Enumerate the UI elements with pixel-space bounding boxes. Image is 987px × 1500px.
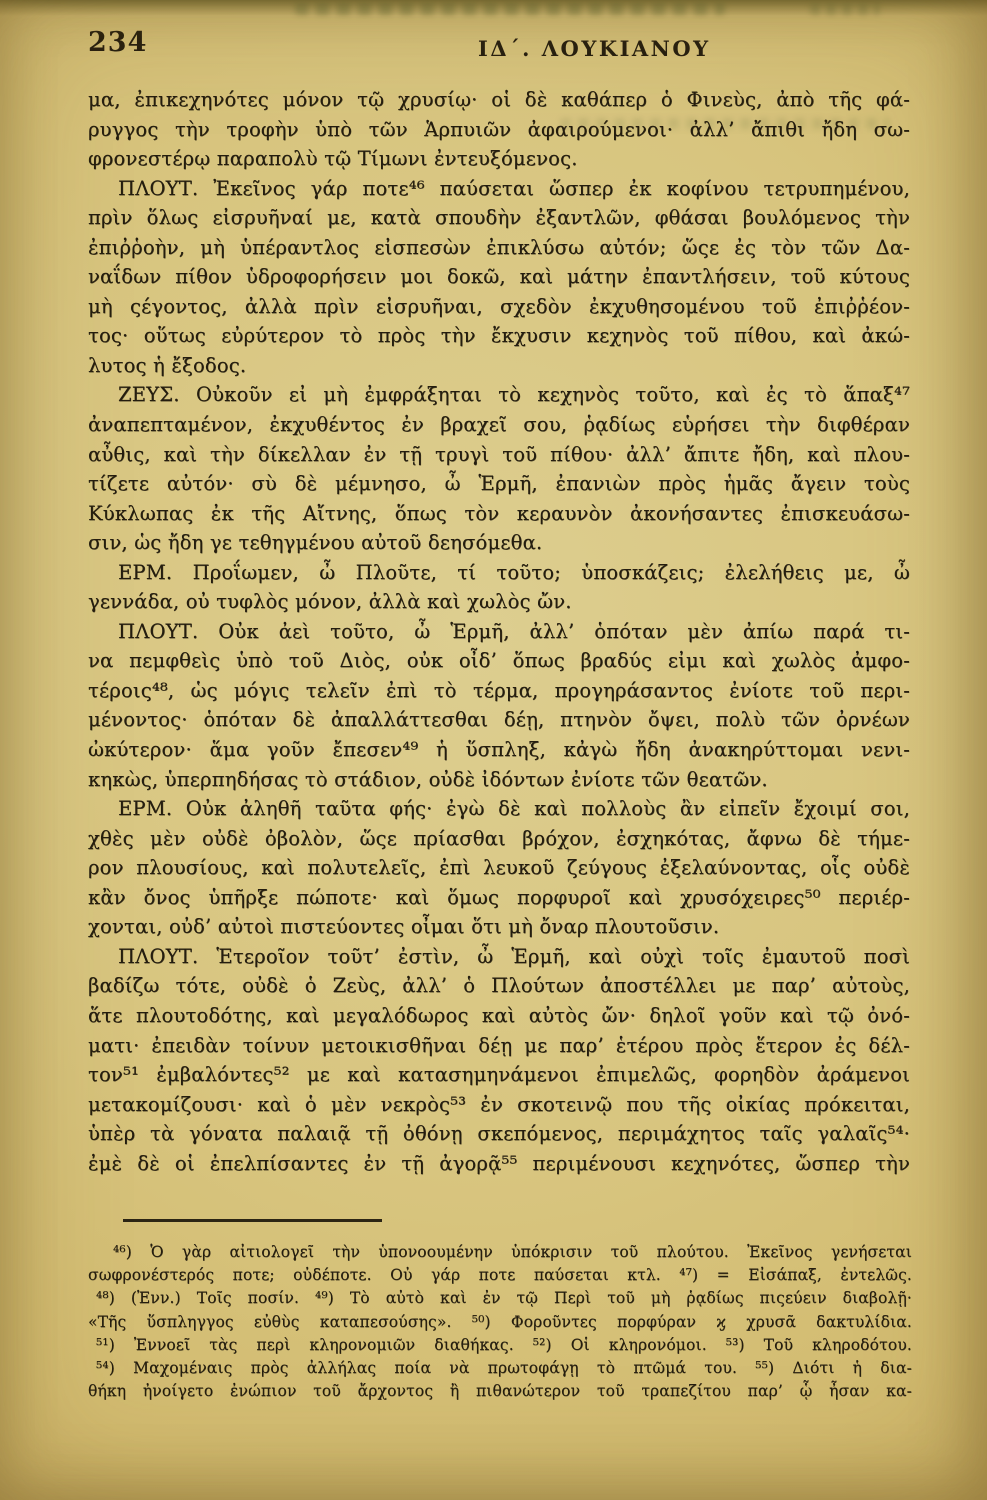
- paragraph: ΠΛΟΥΤ. Ἑτεροῖον τοῦτ’ ἐστὶν, ὦ Ἑρμῆ, καὶ…: [88, 942, 910, 1178]
- text-line: πρὶν ὅλως εἰσρυῆναί με, κατὰ σπουδὴν ἐξα…: [88, 203, 910, 233]
- text-line: ΕΡΜ. Προΐωμεν, ὦ Πλοῦτε, τί τοῦτο; ὑποσκ…: [88, 558, 910, 588]
- text-line: να πεμφθεὶς ὑπὸ τοῦ Διὸς, οὐκ οἶδ’ ὅπως …: [88, 646, 910, 676]
- text-line: φρονεστέρῳ παραπολὺ τῷ Τίμωνι ἐντευξόμεν…: [88, 144, 910, 174]
- text-line: κηκὼς, ὑπερπηδήσας τὸ στάδιον, οὐδὲ ἰδόν…: [88, 765, 910, 795]
- text-line: κἂν ὄνος ὑπῆρξε πώποτε· καὶ ὅμως πορφυρο…: [88, 883, 910, 913]
- text-line: μένοντος· ὁπόταν δὲ ἀπαλλάττεσθαι δέῃ, π…: [88, 705, 910, 735]
- main-text-block: μα, ἐπικεχηνότες μόνον τῷ χρυσίῳ· οἱ δὲ …: [88, 85, 910, 1178]
- text-line: Κύκλωπας ἐκ τῆς Αἴτνης, ὅπως τὸν κεραυνὸ…: [88, 499, 910, 529]
- text-line: ἅτε πλουτοδότης, καὶ μεγαλόδωρος καὶ αὐτ…: [88, 1001, 910, 1031]
- text-line: χονται, οὐδ’ αὐτοὶ πιστεύοντες οἶμαι ὅτι…: [88, 912, 910, 942]
- footnote-line: ⁵⁴) Μαχομέναις πρὸς ἀλλήλας ποία νὰ πρωτ…: [88, 1357, 912, 1380]
- text-line: τίζετε αὐτόν· σὺ δὲ μέμνησο, ὦ Ἑρμῆ, ἐπα…: [88, 469, 910, 499]
- running-head: ΙΔ΄. ΛΟΥΚΙΑΝΟΥ: [478, 36, 711, 61]
- text-line: λυτος ἡ ἔξοδος.: [88, 351, 910, 381]
- page-number: 234: [88, 27, 147, 58]
- footnotes-block: ⁴⁶) Ὁ γὰρ αἰτιολογεῖ τὴν ὑπονοουμένην ὑπ…: [88, 1241, 912, 1403]
- text-line: μα, ἐπικεχηνότες μόνον τῷ χρυσίῳ· οἱ δὲ …: [88, 85, 910, 115]
- text-line: ὠκύτερον· ἅμα γοῦν ἔπεσεν⁴⁹ ἡ ὕσπληξ, κἀ…: [88, 735, 910, 765]
- paragraph: ΕΡΜ. Οὐκ ἀληθῆ ταῦτα φής· ἐγὼ δὲ καὶ πολ…: [88, 794, 910, 942]
- text-line: ναΐδων πίθον ὑδροφορήσειν μοι δοκῶ, καὶ …: [88, 262, 910, 292]
- text-line: ΕΡΜ. Οὐκ ἀληθῆ ταῦτα φής· ἐγὼ δὲ καὶ πολ…: [88, 794, 910, 824]
- text-line: ἐπιῤῥοὴν, μὴ ὑπέραντλος εἰσπεσὼν ἐπικλύσ…: [88, 233, 910, 263]
- text-line: τέροις⁴⁸, ὡς μόγις τελεῖν ἐπὶ τὸ τέρμα, …: [88, 676, 910, 706]
- text-line: βαδίζω τότε, οὐδὲ ὁ Ζεὺς, ἀλλ’ ὁ Πλούτων…: [88, 971, 910, 1001]
- text-line: ὑπὲρ τὰ γόνατα παλαιᾷ τῇ ὀθόνῃ σκεπόμενο…: [88, 1119, 910, 1149]
- footnote-separator: [123, 1219, 382, 1222]
- page-top-shadow: [0, 0, 987, 16]
- footnote-line: ⁵¹) Ἐννοεῖ τὰς περὶ κληρονομιῶν διαθήκας…: [88, 1334, 912, 1357]
- book-page: 234 ΙΔ΄. ΛΟΥΚΙΑΝΟΥ μα, ἐπικεχηνότες μόνο…: [0, 0, 987, 1500]
- text-line: ρυγγος τὴν τροφὴν ὑπὸ τῶν Ἁρπυιῶν ἀφαιρο…: [88, 115, 910, 145]
- paragraph: ΠΛΟΥΤ. Οὐκ ἀεὶ τοῦτο, ὦ Ἑρμῆ, ἀλλ’ ὁπότα…: [88, 617, 910, 794]
- text-line: ΠΛΟΥΤ. Ἐκεῖνος γάρ ποτε⁴⁶ παύσεται ὥσπερ…: [88, 174, 910, 204]
- paragraph: μα, ἐπικεχηνότες μόνον τῷ χρυσίῳ· οἱ δὲ …: [88, 85, 910, 174]
- text-line: γεννάδα, οὐ τυφλὸς μόνον, ἀλλὰ καὶ χωλὸς…: [88, 587, 910, 617]
- paragraph: ΕΡΜ. Προΐωμεν, ὦ Πλοῦτε, τί τοῦτο; ὑποσκ…: [88, 558, 910, 617]
- text-line: μετακομίζουσι· καὶ ὁ μὲν νεκρὸς⁵³ ἐν σκο…: [88, 1090, 910, 1120]
- text-line: χθὲς μὲν οὐδὲ ὀβολὸν, ὥςε πρίασθαι βρόχο…: [88, 824, 910, 854]
- paragraph: ΖΕΥΣ. Οὐκοῦν εἰ μὴ ἐμφράξηται τὸ κεχηνὸς…: [88, 380, 910, 557]
- footnote-line: σωφρονέστερός ποτε; οὐδέποτε. Οὐ γάρ ποτ…: [88, 1264, 912, 1287]
- text-line: τος· οὕτως εὐρύτερον τὸ πρὸς τὴν ἔκχυσιν…: [88, 321, 910, 351]
- text-line: ΠΛΟΥΤ. Ἑτεροῖον τοῦτ’ ἐστὶν, ὦ Ἑρμῆ, καὶ…: [88, 942, 910, 972]
- text-line: ρον πλουσίους, καὶ πολυτελεῖς, ἐπὶ λευκο…: [88, 853, 910, 883]
- text-line: μὴ ςέγοντος, ἀλλὰ πρὶν εἰσρυῆναι, σχεδὸν…: [88, 292, 910, 322]
- text-line: αὖθις, καὶ τὴν δίκελλαν ἐν τῇ τρυγὶ τοῦ …: [88, 440, 910, 470]
- paragraph: ΠΛΟΥΤ. Ἐκεῖνος γάρ ποτε⁴⁶ παύσεται ὥσπερ…: [88, 174, 910, 381]
- text-line: σιν, ὡς ἤδη γε τεθηγμένου αὐτοῦ δεησόμεθ…: [88, 528, 910, 558]
- text-line: ΖΕΥΣ. Οὐκοῦν εἰ μὴ ἐμφράξηται τὸ κεχηνὸς…: [88, 380, 910, 410]
- text-line: ἀναπεπταμένον, ἐκχυθέντος ἐν βραχεῖ σου,…: [88, 410, 910, 440]
- text-line: ΠΛΟΥΤ. Οὐκ ἀεὶ τοῦτο, ὦ Ἑρμῆ, ἀλλ’ ὁπότα…: [88, 617, 910, 647]
- footnote-line: ⁴⁶) Ὁ γὰρ αἰτιολογεῖ τὴν ὑπονοουμένην ὑπ…: [88, 1241, 912, 1264]
- footnote-line: «Τῆς ὕσπληγγος εὐθὺς καταπεσούσης». ⁵⁰) …: [88, 1311, 912, 1334]
- text-line: τον⁵¹ ἐμβαλόντες⁵² με καὶ κατασημηνάμενο…: [88, 1060, 910, 1090]
- footnote-line: ⁴⁸) (Ἐνν.) Τοῖς ποσίν. ⁴⁹) Τὸ αὐτὸ καὶ ἐ…: [88, 1287, 912, 1310]
- footnote-line: θήκη ἠνοίγετο ἐνώπιον τοῦ ἄρχοντος ἢ πιθ…: [88, 1380, 912, 1403]
- text-line: ἐμὲ δὲ οἱ ἐπελπίσαντες ἐν τῇ ἀγορᾷ⁵⁵ περ…: [88, 1149, 910, 1179]
- text-line: ματι· ἐπειδὰν τοίνυν μετοικισθῆναι δέῃ μ…: [88, 1031, 910, 1061]
